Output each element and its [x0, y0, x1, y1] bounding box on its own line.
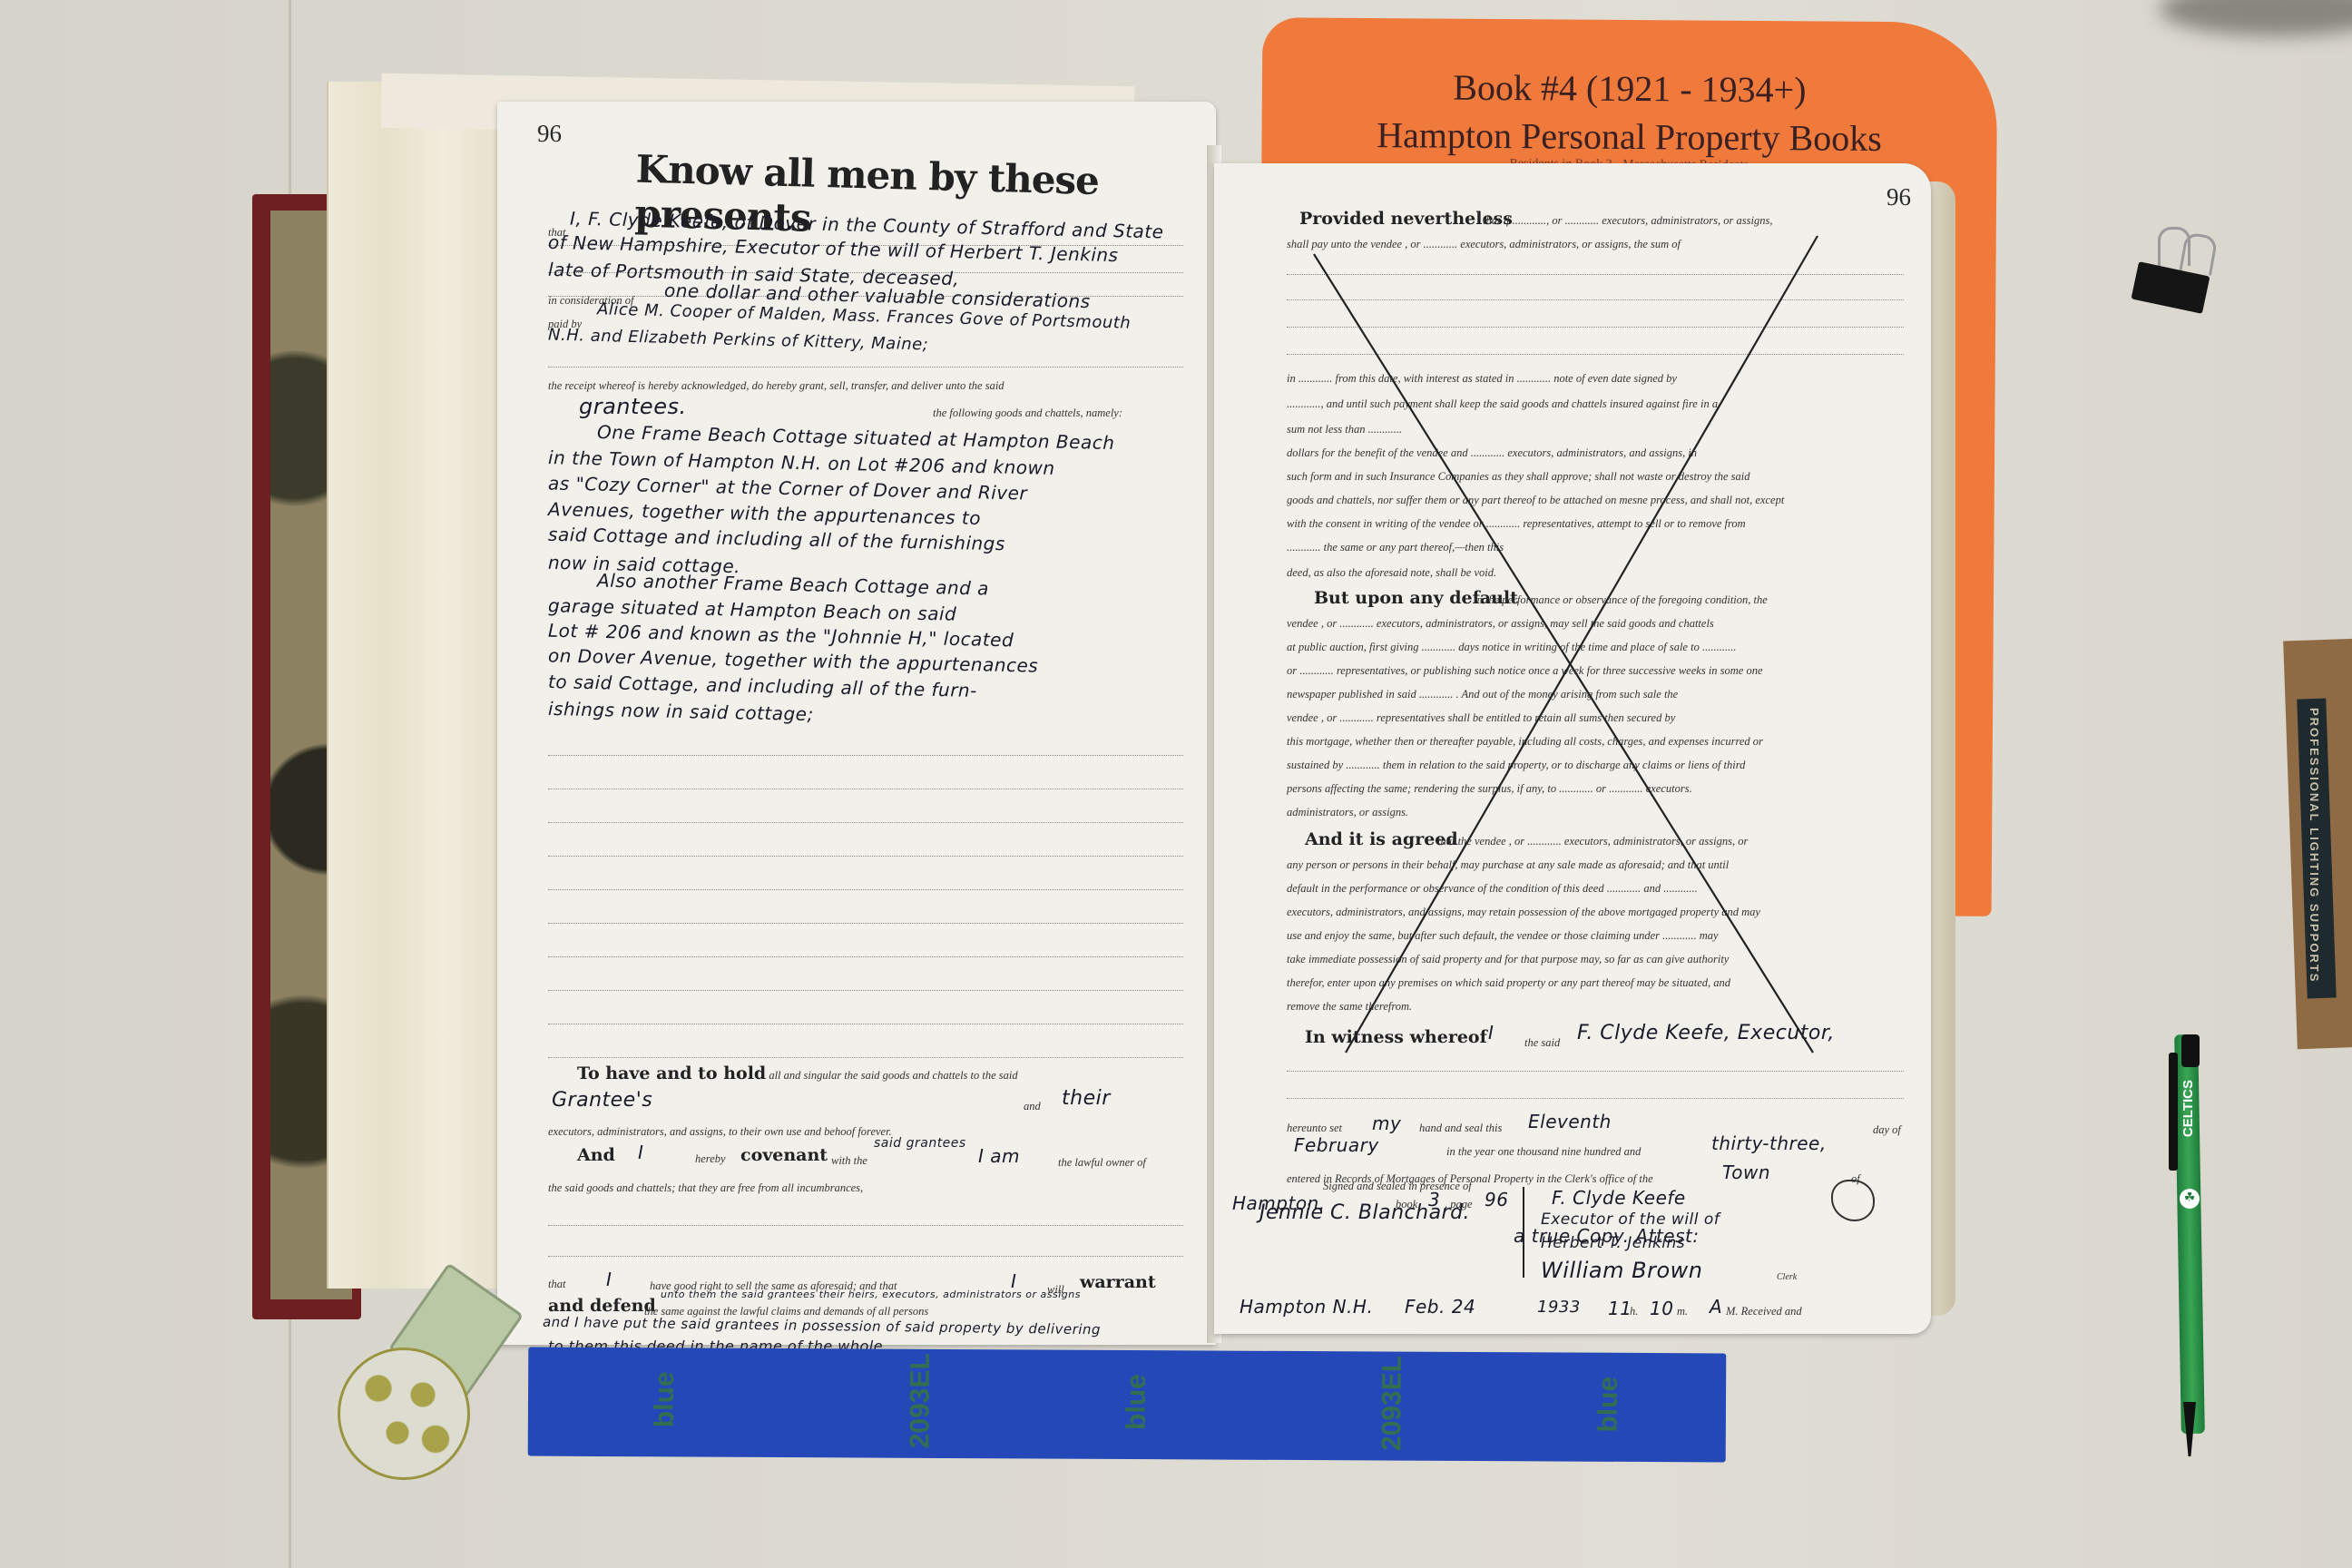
preprinted-hereby: hereby: [695, 1152, 726, 1166]
right-page-edge: [1928, 181, 1955, 1316]
warrant-heading: warrant: [1080, 1272, 1156, 1292]
pen-clip: [2169, 1053, 2178, 1171]
tape-print: blue: [1593, 1377, 1624, 1433]
provided-line: deed, as also the aforesaid note, shall …: [1287, 566, 1496, 580]
preprinted-incumbrances: the said goods and chattels; that they a…: [548, 1181, 863, 1195]
and-defend-heading: and defend: [548, 1296, 656, 1316]
preprinted-to-have: all and singular the said goods and chat…: [769, 1069, 1017, 1082]
record-of: of: [1851, 1172, 1860, 1186]
agreed-line: any person or persons in their behalf, m…: [1287, 858, 1729, 872]
default-line: persons affecting the same; rendering th…: [1287, 782, 1692, 796]
agreed-line: executors, administrators, and assigns, …: [1287, 906, 1760, 919]
ruled-line: [548, 923, 1183, 924]
page-stack: [327, 82, 519, 1289]
provided-line: dollars for the benefit of the vendee an…: [1287, 446, 1697, 460]
preprinted-year-text: in the year one thousand nine hundred an…: [1446, 1145, 1641, 1159]
default-line: in the performance or observance of the …: [1474, 593, 1768, 607]
provided-line: goods and chattels, nor suffer them or a…: [1287, 494, 1784, 507]
ruled-line: [548, 367, 1183, 367]
preprinted-that-2: that: [548, 1278, 565, 1291]
label-book-number: Book #4 (1921 - 1934+): [1262, 64, 1997, 113]
tape-print: 2093EL: [905, 1353, 936, 1448]
handwritten-that-i: I: [606, 1269, 612, 1290]
preprinted-executors: executors, administrators, and assigns, …: [548, 1125, 892, 1139]
box-label-large: LIGHTING SUPPORTS: [2308, 828, 2321, 983]
provided-line: in ............ from this date, with int…: [1287, 372, 1677, 386]
ruled-line: [1287, 274, 1904, 275]
provided-heading: Provided nevertheless: [1299, 209, 1513, 229]
agreed-line: that the vendee , or ............ execut…: [1437, 835, 1748, 848]
ruled-line: [1287, 299, 1904, 300]
witness-heading: In witness whereof: [1305, 1027, 1487, 1047]
handwritten-i-am: I am: [978, 1145, 1020, 1167]
record-office: Town: [1722, 1161, 1770, 1183]
pen-brand-label: CELTICS: [2180, 1080, 2196, 1137]
default-line: this mortgage, whether then or thereafte…: [1287, 735, 1763, 749]
recording-continuation: entered in Records of Mortgages of Perso…: [1214, 1171, 1931, 1334]
ruled-line: [548, 822, 1183, 823]
default-line: administrators, or assigns.: [1287, 806, 1408, 819]
handwritten-my: my: [1372, 1112, 1401, 1134]
ruled-line: [548, 856, 1183, 857]
handwritten-grantees: grantees.: [579, 394, 687, 419]
handwritten-grantees-2: Grantee's: [552, 1089, 652, 1112]
record-entered: entered in Records of Mortgages of Perso…: [1287, 1172, 1653, 1186]
to-have-heading: To have and to hold: [577, 1063, 766, 1083]
item-2-line: to said Cottage, and including all of th…: [548, 671, 977, 701]
default-line: or ............ representatives, or publ…: [1287, 664, 1763, 678]
agreed-line: take immediate possession of said proper…: [1287, 953, 1729, 966]
preprinted-day-of: day of: [1873, 1123, 1901, 1137]
ruled-line: [1287, 1098, 1904, 1099]
provided-line: sum not less than ............: [1287, 423, 1402, 436]
record-attest: a true Copy. Attest:: [1514, 1225, 1700, 1247]
handwritten-i: I: [638, 1142, 643, 1163]
page-number: 96: [537, 120, 562, 148]
item-2-line: ishings now in said cottage;: [548, 698, 814, 725]
record-page: 96: [1485, 1189, 1508, 1210]
record-clerk-label: Clerk: [1777, 1272, 1797, 1282]
pen-plunger: [2181, 1034, 2200, 1067]
preprinted-hand-seal: hand and seal this: [1419, 1122, 1502, 1135]
handwritten-said-grantees: said grantees: [874, 1136, 966, 1151]
default-line: vendee , or ............ representatives…: [1287, 711, 1675, 725]
and-heading: And: [577, 1145, 615, 1165]
ruled-line: [548, 1024, 1183, 1024]
agreed-heading: And it is agreed: [1305, 829, 1458, 849]
preprinted-the-said: the said: [1524, 1036, 1560, 1050]
provided-line: ............ the same or any part thereo…: [1287, 541, 1504, 554]
preprinted-receipt: the receipt whereof is hereby acknowledg…: [548, 379, 1004, 393]
preprinted-hereunto: hereunto set: [1287, 1122, 1342, 1135]
default-line: at public auction, first giving ........…: [1287, 641, 1736, 654]
handwritten-year: thirty-three,: [1711, 1132, 1827, 1154]
tape-print: blue: [650, 1371, 681, 1427]
record-town: Hampton.: [1232, 1192, 1326, 1214]
ruled-line: [548, 956, 1183, 957]
handwritten-executor-name: F. Clyde Keefe, Executor,: [1577, 1022, 1835, 1044]
ruled-line: [1287, 354, 1904, 355]
ruled-line: [548, 990, 1183, 991]
shamrock-icon: ☘: [2180, 1189, 2200, 1209]
default-line: sustained by ............ them in relati…: [1287, 759, 1745, 772]
handwritten-their: their: [1062, 1087, 1111, 1110]
handwritten-month: February: [1294, 1134, 1379, 1156]
ruled-line: [548, 1057, 1183, 1058]
ruled-line: [548, 1256, 1183, 1257]
provided-line: that if ............, or ............ ex…: [1483, 214, 1772, 228]
ruled-line: [548, 755, 1183, 756]
agreed-line: default in the performance or observance…: [1287, 882, 1698, 896]
box-label: PROFESSIONAL LIGHTING SUPPORTS: [2308, 708, 2321, 983]
clerk-signature[interactable]: William Brown: [1541, 1258, 1702, 1283]
label-book-title: Hampton Personal Property Books: [1261, 113, 1996, 161]
agreed-line: use and enjoy the same, but after such d…: [1287, 929, 1719, 943]
item-2-line: Also another Frame Beach Cottage and a: [597, 569, 989, 599]
provided-line: such form and in such Insurance Companie…: [1287, 470, 1750, 484]
preprinted-and: and: [1024, 1100, 1041, 1113]
record-book-label: book: [1396, 1198, 1417, 1211]
page-number: 96: [1886, 183, 1911, 211]
preprinted-lawful-owner: the lawful owner of: [1058, 1156, 1146, 1170]
tape-print: 2093EL: [1377, 1356, 1408, 1451]
handwritten-paid-by-line-2: N.H. and Elizabeth Perkins of Kittery, M…: [548, 326, 929, 355]
handwritten-unto-them: unto them the said grantees their heirs,…: [661, 1289, 1081, 1300]
record-book: 3: [1428, 1189, 1440, 1210]
left-page: 96 Know all men by these presents that I…: [497, 102, 1216, 1345]
default-line: vendee , or ............ executors, admi…: [1287, 617, 1714, 631]
box-label-small: PROFESSIONAL: [2308, 708, 2321, 823]
handwritten-possession-line-1: and I have put the said grantees in poss…: [543, 1314, 1101, 1338]
agreed-line: therefor, enter upon any premises on whi…: [1287, 976, 1730, 990]
preprinted-with-the: with the: [831, 1154, 867, 1168]
provided-line: shall pay unto the vendee , or .........…: [1287, 238, 1681, 251]
agreed-line: remove the same therefrom.: [1287, 1000, 1412, 1014]
provided-line: ............, and until such payment sha…: [1287, 397, 1718, 411]
preprinted-following: the following goods and chattels, namely…: [933, 407, 1122, 420]
record-page-label: , page: [1445, 1198, 1473, 1211]
ruled-line: [1287, 1071, 1904, 1072]
right-page: 96 Provided nevertheless that if .......…: [1214, 163, 1931, 1334]
ruled-line: [548, 789, 1183, 789]
ruled-line: [1287, 327, 1904, 328]
covenant-heading: covenant: [740, 1145, 828, 1165]
blue-painters-tape: blue 2093EL blue 2093EL blue: [528, 1347, 1727, 1463]
clip-medallion: [338, 1347, 470, 1480]
default-line: newspaper published in said ............…: [1287, 688, 1678, 701]
provided-line: with the consent in writing of the vende…: [1287, 517, 1746, 531]
handwritten-witness-i: I: [1488, 1022, 1494, 1044]
ruled-line: [548, 889, 1183, 890]
tape-print: blue: [1122, 1374, 1152, 1430]
ruled-line: [548, 1225, 1183, 1226]
handwritten-day: Eleventh: [1528, 1111, 1612, 1132]
